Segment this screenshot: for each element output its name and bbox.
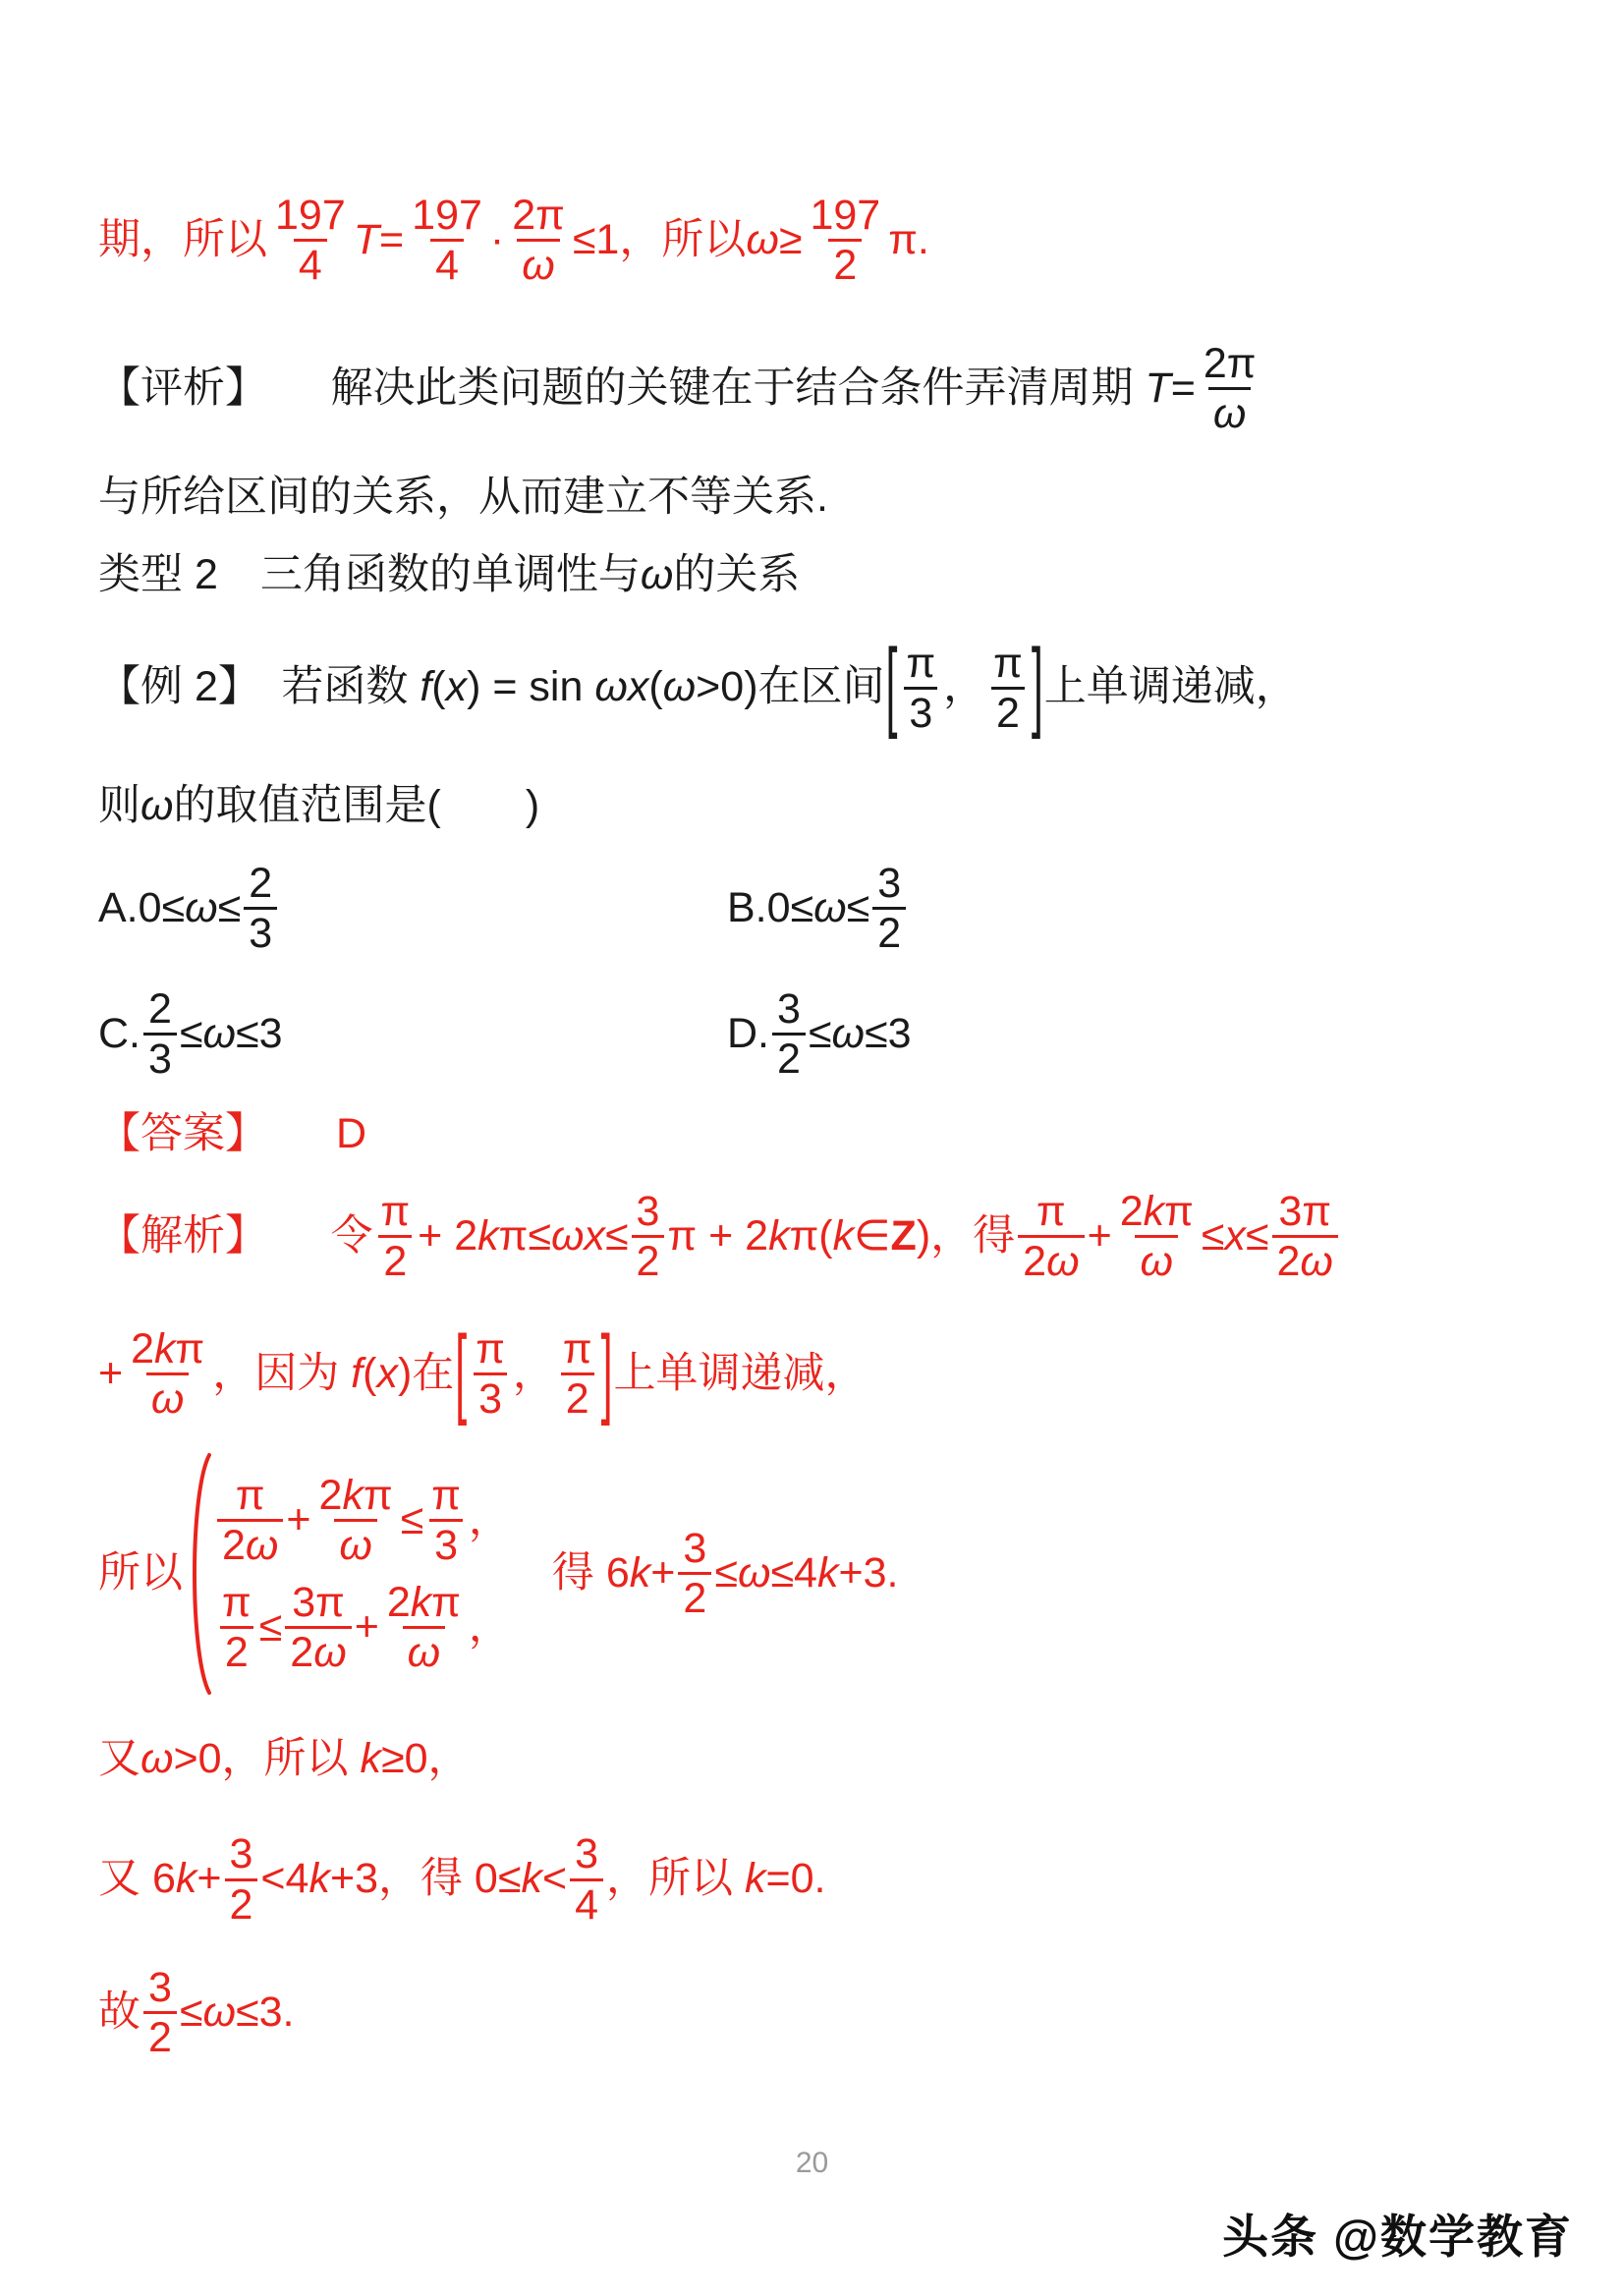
system-equations: π2ω+2kπω≤π3， π2≤3π2ω+2kπω，	[214, 1472, 511, 1677]
option-a: A.0≤ω≤23	[98, 860, 727, 957]
system-brace-icon	[185, 1452, 212, 1696]
options-row-2: C.23≤ω≤3 D.32≤ω≤3	[98, 985, 1545, 1083]
watermark: 头条 @数学教育	[1222, 2201, 1573, 2267]
k-solve-line: 又 6k+32<4k+3，得 0≤k<34，所以 k=0.	[98, 1830, 1545, 1928]
page-number: 20	[0, 2147, 1624, 2180]
analysis-line-1: 【解析】 令π2+ 2kπ≤ωx≤32π + 2kπ(k∈Z)，得π2ω+2kπ…	[98, 1188, 1545, 1285]
system-prefix: 所以	[98, 1549, 183, 1597]
system-result: 得 6k+32≤ω≤4k+3.	[552, 1525, 899, 1622]
system-equation-1: π2ω+2kπω≤π3，	[214, 1472, 511, 1569]
options-row-1: A.0≤ω≤23 B.0≤ω≤32	[98, 860, 1545, 957]
k-positive-line: 又ω>0，所以 k≥0，	[98, 1735, 1545, 1783]
question-stem: 则ω的取值范围是( )	[98, 782, 1545, 830]
system-equation-2: π2≤3π2ω+2kπω，	[214, 1579, 511, 1676]
option-d: D.32≤ω≤3	[727, 985, 912, 1083]
conclusion-line: 故32≤ω≤3.	[98, 1964, 1545, 2061]
option-b: B.0≤ω≤32	[727, 860, 909, 957]
remark-line-1: 【评析】 解决此类问题的关键在于结合条件弄清周期 T=2πω	[98, 340, 1545, 437]
example-2-question: 【例 2】 若函数 f(x) = sin ωx(ω>0)在区间[π3，π2]上单…	[98, 640, 1545, 737]
analysis-line-2: +2kπω，因为 f(x)在[π3，π2]上单调递减，	[98, 1325, 1545, 1423]
option-c: C.23≤ω≤3	[98, 985, 727, 1083]
type-2-heading: 类型 2 三角函数的单调性与ω的关系	[98, 551, 1545, 599]
document-page: 期，所以1974T=1974·2πω≤1，所以ω≥1972π. 【评析】 解决此…	[0, 0, 1624, 2296]
answer-line: 【答案】D	[98, 1110, 1545, 1158]
inequality-system-line: 所以 π2ω+2kπω≤π3， π2≤3π2ω+2kπω， 得 6k+32≤ω≤…	[98, 1452, 1545, 1696]
carryover-formula-line: 期，所以1974T=1974·2πω≤1，所以ω≥1972π.	[98, 192, 1545, 289]
remark-line-2: 与所给区间的关系，从而建立不等关系.	[98, 474, 1545, 522]
